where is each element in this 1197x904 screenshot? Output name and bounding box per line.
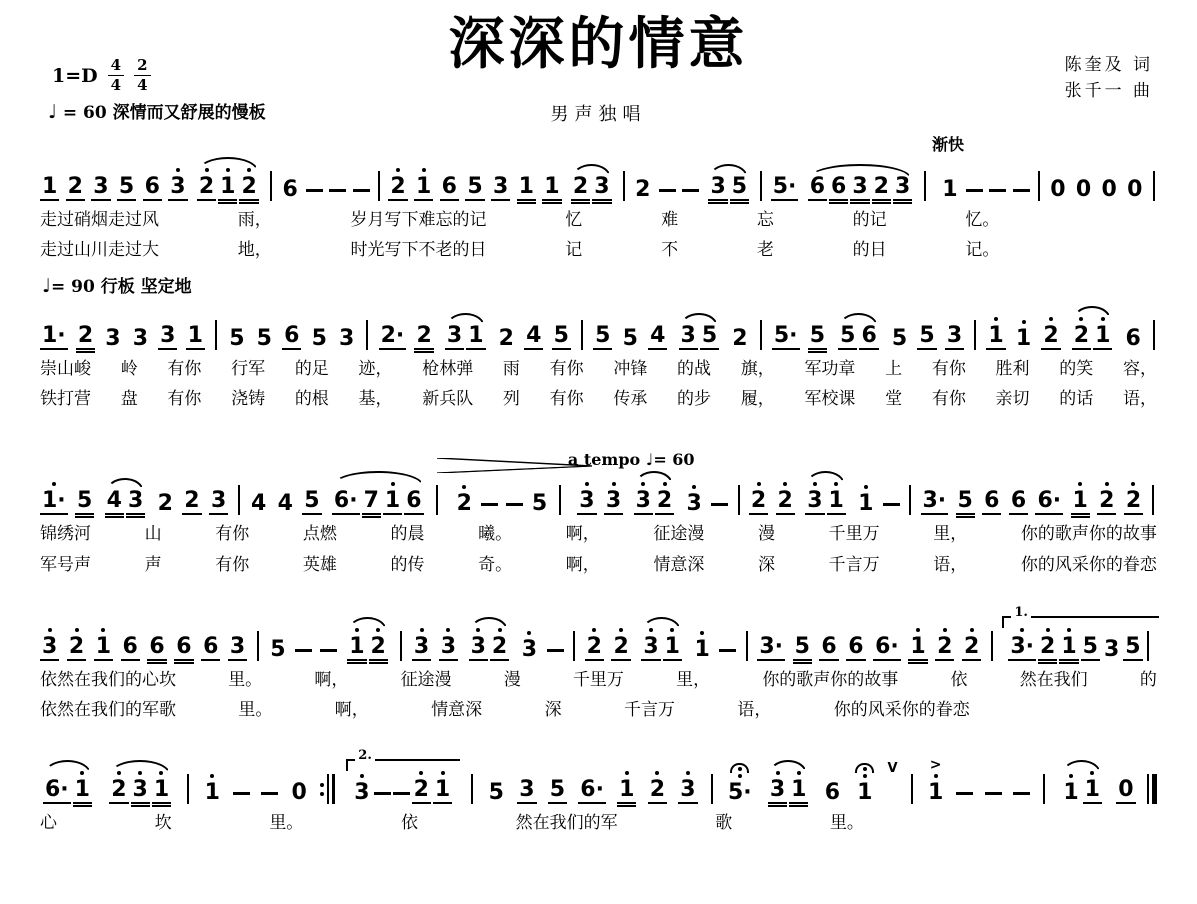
lyric-segment: 千里万 [829,524,880,545]
lyric-segment: 语， [1123,389,1157,410]
lyric-segment: 的笑 [1059,359,1093,380]
note: 2 [935,628,954,661]
volta-bracket: 2.321 [346,755,458,804]
note-digit: 5 [919,324,934,347]
note-digit: 6· [45,778,69,801]
note: 2 [497,327,516,350]
note: 1 [466,324,485,350]
lyric-segment: 的根 [295,389,329,410]
octave-dot [649,628,653,632]
note: 1 [383,482,402,515]
octave-dot [1090,771,1094,775]
note: 5 [838,324,857,350]
note: 3 [577,482,596,515]
note-digit: 3 [636,489,651,512]
slur-arc: 12 [344,616,391,661]
octave-dot [1079,317,1083,321]
note: 2 [611,628,630,661]
duration-dash [682,189,699,192]
note-digit: 6 [861,324,876,347]
lyricist-credit: 陈奎及 词 [1065,52,1153,78]
note: 6 [846,635,865,661]
slur-arc: 43 [102,477,149,515]
note-digit: 2 [78,324,93,347]
note: 5 [465,175,484,201]
note: 2 [369,628,388,661]
lyric-segment: 列 [503,389,520,410]
bar-thin [327,774,329,804]
note-digit: 3 [947,324,962,347]
note: 3 [158,324,177,350]
octave-dot [419,771,423,775]
note: 3 [103,327,122,350]
barline [1043,774,1045,804]
slur-arc: 6·716 [329,470,427,515]
note: 2 [412,771,431,804]
note: 1 [1071,482,1090,515]
note-digit: 3 [687,492,702,515]
note-digit: 1 [1073,489,1088,512]
octave-dot [498,628,502,632]
note-digit: 0 [1102,178,1117,201]
note-digit: 1 [1095,324,1110,347]
lyric-segment: 有你 [550,389,584,410]
note-digit: 1 [910,635,925,658]
breath-mark: V [887,761,897,776]
lyric-segment: 啊， [566,555,600,576]
note-digit: 3 [414,635,429,658]
octave-dot [916,628,920,632]
note-digit: 4 [650,324,665,347]
note: 3· [1008,628,1036,661]
lyric-segment: 点燃 [303,524,337,545]
note: 1 [827,482,846,515]
octave-dot [655,771,659,775]
repeat-dot [320,792,324,796]
note-digit: 5 [623,327,638,350]
quarter-note-icon: ♩ [42,275,51,297]
note: 1 [1083,771,1102,804]
slur-arc: 212 [194,156,262,201]
lyric-segment: 里， [676,670,710,691]
octave-dot [1131,482,1135,486]
octave-dot [462,485,466,489]
note-digit: 5 [119,175,134,198]
note: 3· [921,489,949,515]
tempo-value: = 60 [63,103,107,123]
note-digit: 1 [857,781,872,804]
octave-dot [441,771,445,775]
note-digit: 5 [304,489,319,512]
note-digit: 2 [68,175,83,198]
note: 0 [290,781,309,804]
note: 5 [593,324,612,350]
lyric-segment: 走过硝烟走过风 [40,210,159,231]
slur-arc: 66323 [805,163,916,201]
octave-dot [1020,628,1024,632]
octave-dot [1022,320,1026,324]
note-digit: 2 [414,778,429,801]
note-digit: 6· [580,778,604,801]
note: 1 [908,628,927,661]
note-digit: 5 [77,489,92,512]
lyric-segment: 深 [758,555,775,576]
duration-dash [481,503,498,506]
note: 0 [1048,178,1067,201]
lyric-segment: 征途漫 [401,670,452,691]
note-digit: 3 [211,489,226,512]
duration-dash [306,189,323,192]
note: 2 [648,771,667,804]
lyric-segment: 容， [1123,359,1157,380]
duration-dash [393,792,410,795]
system-3: 1·5432234456·71625a tempo ♩= 60333232231… [40,436,1157,576]
lyric-segment: 亲切 [996,389,1030,410]
lyric-segment: 的 [1140,670,1157,691]
slur-arc: 6·1 [40,759,95,804]
note: 1 [853,763,876,804]
note-digit: 5 [795,635,810,658]
note-digit: 1 [188,324,203,347]
note: 1 [186,324,205,350]
octave-dot [686,771,690,775]
note-digit: 1 [519,175,534,198]
note-digit: 6· [334,489,358,512]
note: 2 [962,628,981,661]
lyric-segment: 难 [661,210,678,231]
duration-dash [547,649,564,652]
lyric-segment: 依 [951,670,968,691]
lyric-segment: 英雄 [303,555,337,576]
duration-dash [966,189,983,192]
duration-dash [1013,189,1030,192]
lyric-segment: 岁月写下难忘的记 [351,210,487,231]
note-digit: 2· [381,324,405,347]
note-digit: 2 [751,489,766,512]
note-digit: 3 [230,635,245,658]
lyric-segment: 语， [737,700,771,721]
duration-dash [711,503,728,506]
lyric-segment: 走过山川走过大 [40,240,159,261]
slur-arc: 35 [676,312,723,350]
octave-dot [776,771,780,775]
note: 6 [143,175,162,201]
note-digit: 2 [964,635,979,658]
system-2: ♩= 90 行板 坚定地1·23331556532·2312455543525·… [40,268,1157,411]
lyric-segment: 里。 [269,813,303,834]
note: 3 [708,175,727,201]
note: 5 [552,324,571,350]
octave-dot [75,628,79,632]
note-digit: 1 [619,778,634,801]
tempo-annotation: 渐快 [932,132,964,155]
volta-label: 1. [1011,606,1031,619]
lyric-segment: 然在我们 [1020,670,1088,691]
page-title: 深深的情意 [40,0,1157,80]
note: 1 [940,178,959,201]
note: 2 [1041,317,1060,350]
lyric-segment: 情意深 [431,700,482,721]
octave-dot [592,628,596,632]
note-digit: 1· [42,489,66,512]
note: 5 [310,327,329,350]
note: 1 [1093,317,1112,350]
note: 5 [730,175,749,201]
note-digit: 1 [1063,781,1078,804]
note: 6 [1124,327,1143,350]
lyric-segment: 的步 [677,389,711,410]
slur-arc: 35 [705,163,752,201]
note-digit: 2 [492,635,507,658]
note-digit: 3 [606,489,621,512]
lyric-segment: 忆 [565,210,582,231]
note-digit: 3 [643,635,658,658]
duration-dash [883,503,900,506]
note-digit: 0 [1076,178,1091,201]
octave-dot [783,482,787,486]
octave-dot [994,317,998,321]
note: 2 [455,485,474,515]
note-digit: 2 [390,175,405,198]
note: 6 [808,175,827,201]
note: 5 [808,324,827,350]
note: 2 [66,175,85,201]
note: 1 [1014,320,1033,350]
lyric-segment: 语， [933,555,967,576]
note-digit: 3 [594,175,609,198]
lyric-segment: 履， [741,389,775,410]
note: 1 [1059,628,1078,661]
note: 7 [362,489,381,515]
note: 3 [40,628,59,661]
repeat-dot [320,783,324,787]
duration-dash [320,649,337,652]
note: 3 [805,482,824,515]
note-digit: 6 [810,175,825,198]
lyric-segment: 有你 [550,359,584,380]
lyrics-line-1: 锦绣河山有你点燃的晨曦。啊，征途漫漫千里万里，你的歌声你的故事 [40,524,1157,545]
note: 5 [255,327,274,350]
note-digit: 2 [241,175,256,198]
lyric-segment: 依然在我们的心坎 [40,670,176,691]
note: 2· [379,324,407,350]
note-digit: 2 [732,327,747,350]
system-1: 12356321262165311232355·66323渐快10000走过硝烟… [40,138,1157,262]
duration-dash [295,649,312,652]
lyric-segment: 行军 [231,359,265,380]
slur-arc: 31 [802,470,849,515]
note: 5 [548,778,567,804]
note: 2 [730,327,749,350]
note-digit: 1 [349,635,364,658]
lyric-segment: 千言万 [829,555,880,576]
note: 1 [218,168,237,201]
octave-dot [422,168,426,172]
octave-dot [692,485,696,489]
note-digit: 3 [1104,638,1119,661]
time-signature-2: 2 4 [134,58,150,93]
note: 2 [1097,482,1116,515]
barline [400,631,402,661]
lyric-segment: 山 [145,524,162,545]
octave-dot [1067,628,1071,632]
note-digit: 2 [650,778,665,801]
bar-thin [1147,774,1149,804]
note-digit: 3 [471,635,486,658]
note: 3 [592,175,611,201]
key-and-meter: 1=D 4 4 2 4 [52,58,151,93]
note-digit: 3 [681,324,696,347]
note-digit: 3 [170,175,185,198]
note-digit: 2 [1074,324,1089,347]
note: 5 [487,781,506,804]
note-digit: 1 [544,175,559,198]
note-digit: 5 [958,489,973,512]
slur-arc: 23 [568,163,615,201]
final-barline [1147,774,1157,804]
lyric-segment: 千里万 [573,670,624,691]
note-digit: 3 [339,327,354,350]
note: 2 [585,628,604,661]
note: 2 [76,324,95,350]
tempo-annotation: a tempo ♩= 60 [568,450,695,469]
notes-row: 3216666351233323223113·5666·1221.3·21535 [40,612,1157,661]
lyric-segment: 里。 [830,813,864,834]
note-digit: 1 [42,175,57,198]
note-digit: 3 [105,327,120,350]
lyrics-line-2: 依然在我们的军歌里。啊，情意深深千言万语，你的风采你的眷恋 [40,700,1157,721]
note-digit: 3 [128,489,143,512]
octave-dot [247,168,251,172]
repeat-dots [320,774,324,804]
note: 3 [945,324,964,350]
note: 4 [105,489,124,515]
note: 1 [856,485,875,515]
lyric-segment: 啊， [314,670,348,691]
note: 1 [347,628,366,661]
note: 5 [530,492,549,515]
note-digit: 1 [154,778,169,801]
note-digit: 1 [1061,635,1076,658]
note: 6 [121,635,140,661]
note-digit: 6 [203,635,218,658]
lyric-segment: 盘 [121,389,138,410]
barline [746,631,748,661]
lyric-segment: 枪林弹 [422,359,473,380]
lyric-segment: 的日 [853,240,887,261]
note: 0 [1125,178,1144,201]
note-digit: 5 [312,327,327,350]
note: 2 [1072,317,1091,350]
note: 1 [542,175,561,201]
lyric-segment: 锦绣河 [40,524,91,545]
note-digit: 2 [69,635,84,658]
barline [436,485,438,515]
octave-dot [757,482,761,486]
note: 3 [1102,638,1121,661]
duration-dash [719,649,736,652]
lyric-segment: 你的风采你的眷恋 [1021,555,1157,576]
note: 6 [823,781,842,804]
note-digit: 2 [587,635,602,658]
system-4: 3216666351233323223113·5666·1221.3·21535… [40,586,1157,722]
lyric-segment: 里。 [238,700,272,721]
barline [270,171,272,201]
note-digit: 3 [493,175,508,198]
note: 1 [1061,774,1080,804]
note-digit: 2 [499,327,514,350]
note: 3 [685,485,704,515]
note: 1 [203,774,222,804]
barline [974,320,976,350]
note-digit: 6 [149,635,164,658]
note-digit: 6 [123,635,138,658]
octave-dot [1069,774,1073,778]
note: 6 [829,175,848,201]
note-digit: 6 [406,489,421,512]
quarter-note-icon: ♩ [48,101,57,123]
note: 2 [388,168,407,201]
lyric-segment: 雨 [503,359,520,380]
note-digit: 2 [613,635,628,658]
lyric-segment: 千言万 [624,700,675,721]
duration-dash [353,189,370,192]
slur-arc: 231 [106,759,174,804]
barline [187,774,189,804]
lyric-segment: 冲锋 [613,359,647,380]
note: 2 [571,175,590,201]
lyrics-line-2: 军号声声有你英雄的传奇。啊，情意深深千言万语，你的风采你的眷恋 [40,555,1157,576]
lyric-segment: 传承 [613,389,647,410]
note: 3 [131,771,150,804]
note: 4 [648,324,667,350]
volta-label: 2. [355,749,375,762]
lyric-segment: 有你 [932,389,966,410]
duration-dash [329,189,346,192]
note-digit: 1 [205,781,220,804]
note: 0 [1074,178,1093,201]
note-digit: 5 [532,492,547,515]
note: 3 [412,628,431,661]
bar-thick [1152,774,1157,804]
note: 3· [757,635,785,661]
note-digit: 4 [278,492,293,515]
octave-dot [48,628,52,632]
note: 2 [239,168,258,201]
note: 3 [679,324,698,350]
note-digit: 1 [1016,327,1031,350]
slur-arc: 31 [442,312,489,350]
octave-dot [943,628,947,632]
note: 6· [332,489,360,515]
lyric-segment: 军校课 [804,389,855,410]
lyric-segment: 的记 [853,210,887,231]
note: 4 [276,492,295,515]
barline [1153,171,1155,201]
note-digit: 6· [1037,489,1061,512]
note-digit: 1 [96,635,111,658]
octave-dot [612,482,616,486]
lyrics-line-1: 依然在我们的心坎里。啊，征途漫漫千里万里，你的歌声你的故事依然在我们的 [40,670,1157,691]
note-digit: 1 [1085,778,1100,801]
lyric-segment: 有你 [167,359,201,380]
note: 6 [859,324,878,350]
barline [738,485,740,515]
note-digit: 1 [858,492,873,515]
octave-dot [670,628,674,632]
barline [238,485,240,515]
octave-dot [641,482,645,486]
